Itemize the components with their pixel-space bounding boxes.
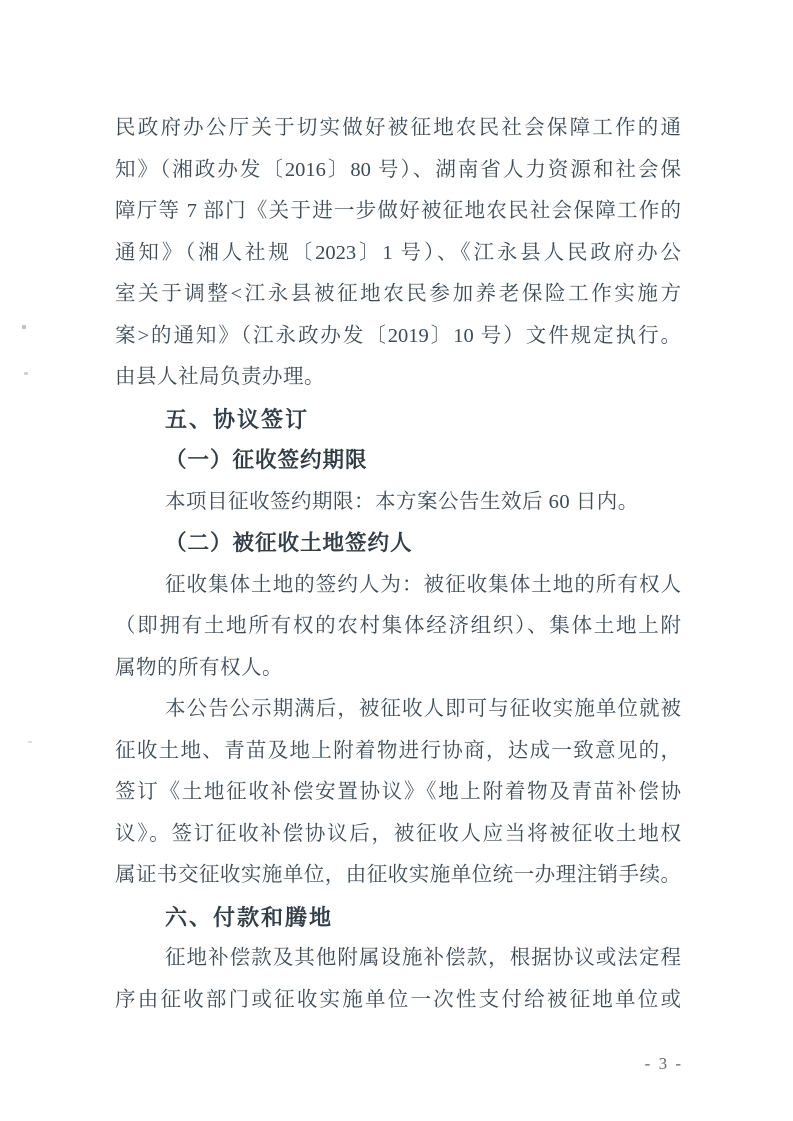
scan-speck — [22, 325, 26, 329]
text-line: 民政府办公厅关于切实做好被征地农民社会保障工作的通 — [115, 108, 681, 150]
text-line: （即拥有土地所有权的农村集体经济组织）、集体土地上附 — [115, 606, 681, 648]
text-line: 障厅等 7 部门《关于进一步做好被征地农民社会保障工作的 — [115, 191, 681, 233]
document-content: 民政府办公厅关于切实做好被征地农民社会保障工作的通知》（湘政办发〔2016〕80… — [115, 108, 681, 1021]
text-line: 属物的所有权人。 — [115, 648, 681, 690]
text-line: 议》。签订征收补偿协议后，被征收人应当将被征收土地权 — [115, 814, 681, 856]
document-page: 民政府办公厅关于切实做好被征地农民社会保障工作的通知》（湘政办发〔2016〕80… — [0, 0, 793, 1121]
text-line: 本项目征收签约期限：本方案公告生效后 60 日内。 — [115, 482, 681, 524]
text-line: 通知》（湘人社规〔2023〕1 号）、《江永县人民政府办公 — [115, 233, 681, 275]
text-line: 属证书交征收实施单位，由征收实施单位统一办理注销手续。 — [115, 855, 681, 897]
sub-section-heading: （二）被征收土地签约人 — [115, 523, 681, 565]
text-line: 征收集体土地的签约人为：被征收集体土地的所有权人 — [115, 565, 681, 607]
text-line: 本公告公示期满后，被征收人即可与征收实施单位就被 — [115, 689, 681, 731]
page-number: - 3 - — [645, 1054, 683, 1074]
section-heading: 五、协议签订 — [115, 399, 681, 441]
text-line: 序由征收部门或征收实施单位一次性支付给被征地单位或 — [115, 980, 681, 1022]
sub-section-heading: （一）征收签约期限 — [115, 440, 681, 482]
text-line: 室关于调整<江永县被征地农民参加养老保险工作实施方 — [115, 274, 681, 316]
text-line: 由县人社局负责办理。 — [115, 357, 681, 399]
section-heading: 六、付款和腾地 — [115, 897, 681, 939]
text-line: 征收土地、青苗及地上附着物进行协商，达成一致意见的， — [115, 731, 681, 773]
text-line: 征地补偿款及其他附属设施补偿款，根据协议或法定程 — [115, 938, 681, 980]
scan-speck — [28, 741, 32, 743]
text-line: 签订《土地征收补偿安置协议》《地上附着物及青苗补偿协 — [115, 772, 681, 814]
scan-speck — [24, 372, 28, 375]
text-line: 知》（湘政办发〔2016〕80 号）、湖南省人力资源和社会保 — [115, 150, 681, 192]
text-line: 案>的通知》（江永政办发〔2019〕10 号）文件规定执行。 — [115, 316, 681, 358]
